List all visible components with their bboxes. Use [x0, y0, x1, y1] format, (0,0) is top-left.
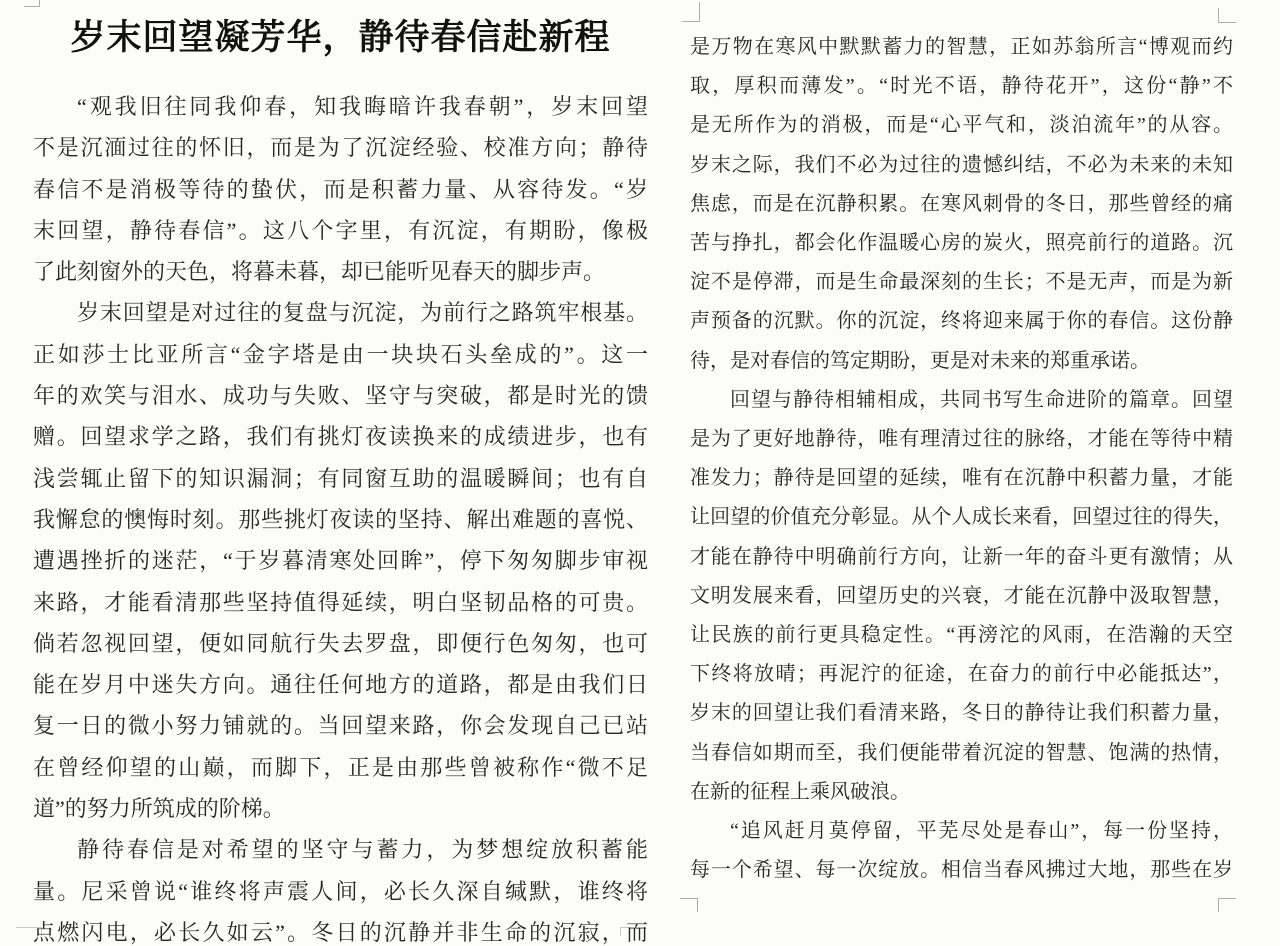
text-line: 岁末的回望让我们看清来路，冬日的静待让我们积蓄力量， [690, 694, 1233, 733]
text-line: 浅尝辄止留下的知识漏洞；有同窗互助的温暖瞬间；也有自 [33, 458, 648, 499]
text-line: 静待春信是对希望的坚守与蓄力，为梦想绽放积蓄能 [33, 829, 648, 870]
text-line: 当春信如期而至，我们便能带着沉淀的智慧、饱满的热情， [690, 734, 1233, 773]
text-line: 末回望，静待春信”。这八个字里，有沉淀，有期盼，像极 [33, 210, 648, 251]
text-line: 在新的征程上乘风破浪。 [690, 773, 1233, 812]
text-line: 焦虑，而是在沉静积累。在寒风刺骨的冬日，那些曾经的痛 [690, 185, 1233, 224]
text-line: 了此刻窗外的天色，将暮未暮，却已能听见春天的脚步声。 [33, 251, 648, 292]
text-line: 是无所作为的消极，而是“心平气和，淡泊流年”的从容。 [690, 106, 1233, 145]
text-line: 淀不是停滞，而是生命最深刻的生长；不是无声，而是为新 [690, 263, 1233, 302]
text-line: 年的欢笑与泪水、成功与失败、坚守与突破，都是时光的馈 [33, 375, 648, 416]
text-line: 春信不是消极等待的蛰伏，而是积蓄力量、从容待发。“岁 [33, 169, 648, 210]
text-line: 文明发展来看，回望历史的兴衰，才能在沉静中汲取智慧， [690, 577, 1233, 616]
text-line: 道”的努力所筑成的阶梯。 [33, 788, 648, 829]
document-page: { "colors": { "background": "#fcfcfa", "… [0, 0, 1280, 946]
text-line: 取，厚积而薄发”。“时光不语，静待花开”，这份“静”不 [690, 67, 1233, 106]
text-line: 我懈怠的懊悔时刻。那些挑灯夜读的坚持、解出难题的喜悦、 [33, 499, 648, 540]
text-line: 每一个希望、每一次绽放。相信当春风拂过大地，那些在岁 [690, 851, 1233, 890]
text-line: 复一日的微小努力铺就的。当回望来路，你会发现自己已站 [33, 705, 648, 746]
text-line: 在曾经仰望的山巅，而脚下，正是由那些曾被称作“微不足 [33, 747, 648, 788]
text-line: 遭遇挫折的迷茫，“于岁暮清寒处回眸”，停下匆匆脚步审视 [33, 540, 648, 581]
text-line: “追风赶月莫停留，平芜尽处是春山”，每一份坚持， [690, 812, 1233, 851]
text-line: 能在岁月中迷失方向。通往任何地方的道路，都是由我们日 [33, 664, 648, 705]
text-line: 量。尼采曾说“谁终将声震人间，必长久深自缄默，谁终将 [33, 871, 648, 912]
text-line: 让民族的前行更具稳定性。“再滂沱的风雨，在浩瀚的天空 [690, 616, 1233, 655]
text-line: 点燃闪电，必长久如云”。冬日的沉静并非生命的沉寂，而 [33, 912, 648, 946]
text-line: 是为了更好地静待，唯有理清过往的脉络，才能在等待中精 [690, 420, 1233, 459]
text-line: 来路，才能看清那些坚持值得延续，明白坚韧品格的可贵。 [33, 582, 648, 623]
text-line: 苦与挣扎，都会化作温暖心房的炭火，照亮前行的道路。沉 [690, 224, 1233, 263]
right-column: 是万物在寒风中默默蓄力的智慧，正如苏翁所言“博观而约 取，厚积而薄发”。“时光不… [690, 28, 1233, 890]
text-line: 正如莎士比亚所言“金字塔是由一块块石头垒成的”。这一 [33, 334, 648, 375]
text-line: 回望与静待相辅相成，共同书写生命进阶的篇章。回望 [690, 381, 1233, 420]
text-line: 待，是对春信的笃定期盼，更是对未来的郑重承诺。 [690, 342, 1233, 381]
left-page: 岁末回望凝芳华，静待春信赴新程 “观我旧往同我仰春，知我晦暗许我春朝”，岁末回望… [33, 0, 648, 946]
text-line: 让回望的价值充分彰显。从个人成长来看，回望过往的得失， [690, 498, 1233, 537]
text-line: 赠。回望求学之路，我们有挑灯夜读换来的成绩进步，也有 [33, 416, 648, 457]
text-line: 是万物在寒风中默默蓄力的智慧，正如苏翁所言“博观而约 [690, 28, 1233, 67]
text-line: 下终将放晴；再泥泞的征途，在奋力的前行中必能抵达”， [690, 655, 1233, 694]
text-line: 才能在静待中明确前行方向，让新一年的奋斗更有激情；从 [690, 538, 1233, 577]
text-line: 岁末回望是对过往的复盘与沉淀，为前行之路筑牢根基。 [33, 292, 648, 333]
text-line: 岁末之际，我们不必为过往的遗憾纠结，不必为未来的未知 [690, 146, 1233, 185]
text-line: 不是沉湎过往的怀旧，而是为了沉淀经验、校准方向；静待 [33, 127, 648, 168]
left-column: “观我旧往同我仰春，知我晦暗许我春朝”，岁末回望 不是沉湎过往的怀旧，而是为了沉… [33, 86, 648, 946]
text-line: 准发力；静待是回望的延续，唯有在沉静中积蓄力量，才能 [690, 459, 1233, 498]
text-line: 倘若忽视回望，便如同航行失去罗盘，即便行色匆匆，也可 [33, 623, 648, 664]
document-title: 岁末回望凝芳华，静待春信赴新程 [33, 10, 648, 60]
right-page: 是万物在寒风中默默蓄力的智慧，正如苏翁所言“博观而约 取，厚积而薄发”。“时光不… [690, 0, 1233, 946]
text-line: 声预备的沉默。你的沉淀，终将迎来属于你的春信。这份静 [690, 302, 1233, 341]
text-line: “观我旧往同我仰春，知我晦暗许我春朝”，岁末回望 [33, 86, 648, 127]
